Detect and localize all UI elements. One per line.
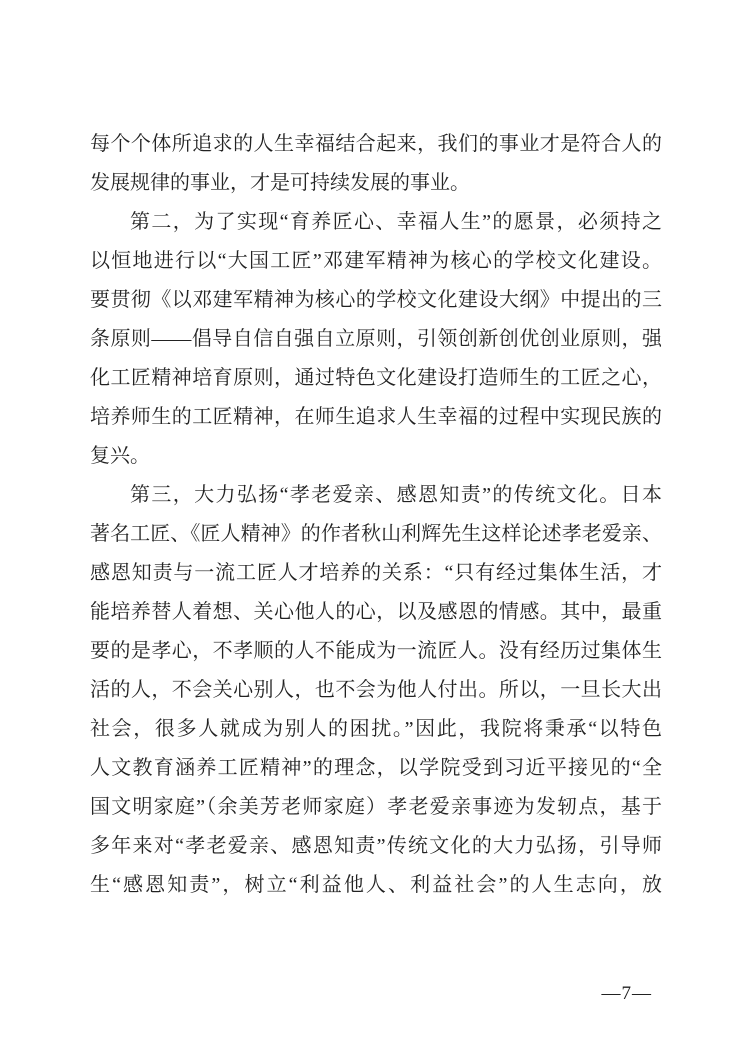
document-body: 每个个体所追求的人生幸福结合起来，我们的事业才是符合人的发展规律的事业，才是可持… bbox=[90, 125, 662, 905]
text-line: 社会，很多人就成为别人的困扰。”因此，我院将秉承“以特色 bbox=[90, 710, 662, 749]
text-line: 第三，大力弘扬“孝老爱亲、感恩知责”的传统文化。日本 bbox=[90, 476, 662, 515]
text-line: 每个个体所追求的人生幸福结合起来，我们的事业才是符合人的 bbox=[90, 125, 662, 164]
text-line: 活的人，不会关心别人，也不会为他人付出。所以，一旦长大出 bbox=[90, 671, 662, 710]
text-line: 能培养替人着想、关心他人的心，以及感恩的情感。其中，最重 bbox=[90, 593, 662, 632]
text-line: 发展规律的事业，才是可持续发展的事业。 bbox=[90, 164, 662, 203]
text-line: 要的是孝心，不孝顺的人不能成为一流匠人。没有经历过集体生 bbox=[90, 632, 662, 671]
page-number: —7— bbox=[602, 982, 653, 1006]
text-line: 第二，为了实现“育养匠心、幸福人生”的愿景，必须持之 bbox=[90, 203, 662, 242]
text-line: 培养师生的工匠精神，在师生追求人生幸福的过程中实现民族的 bbox=[90, 398, 662, 437]
text-line: 以恒地进行以“大国工匠”邓建军精神为核心的学校文化建设。 bbox=[90, 242, 662, 281]
text-line: 条原则——倡导自信自强自立原则，引领创新创优创业原则，强 bbox=[90, 320, 662, 359]
text-line: 国文明家庭”（余美芳老师家庭）孝老爱亲事迹为发轫点，基于 bbox=[90, 788, 662, 827]
text-line: 人文教育涵养工匠精神”的理念，以学院受到习近平接见的“全 bbox=[90, 749, 662, 788]
document-page: 每个个体所追求的人生幸福结合起来，我们的事业才是符合人的发展规律的事业，才是可持… bbox=[0, 0, 750, 1061]
text-line: 著名工匠、《匠人精神》的作者秋山利辉先生这样论述孝老爱亲、 bbox=[90, 515, 662, 554]
text-line: 多年来对“孝老爱亲、感恩知责”传统文化的大力弘扬，引导师 bbox=[90, 827, 662, 866]
text-line: 要贯彻《以邓建军精神为核心的学校文化建设大纲》中提出的三 bbox=[90, 281, 662, 320]
text-line: 复兴。 bbox=[90, 437, 662, 476]
text-line: 感恩知责与一流工匠人才培养的关系：“只有经过集体生活，才 bbox=[90, 554, 662, 593]
text-line: 生“感恩知责”，树立“利益他人、利益社会”的人生志向，放 bbox=[90, 866, 662, 905]
text-line: 化工匠精神培育原则，通过特色文化建设打造师生的工匠之心， bbox=[90, 359, 662, 398]
